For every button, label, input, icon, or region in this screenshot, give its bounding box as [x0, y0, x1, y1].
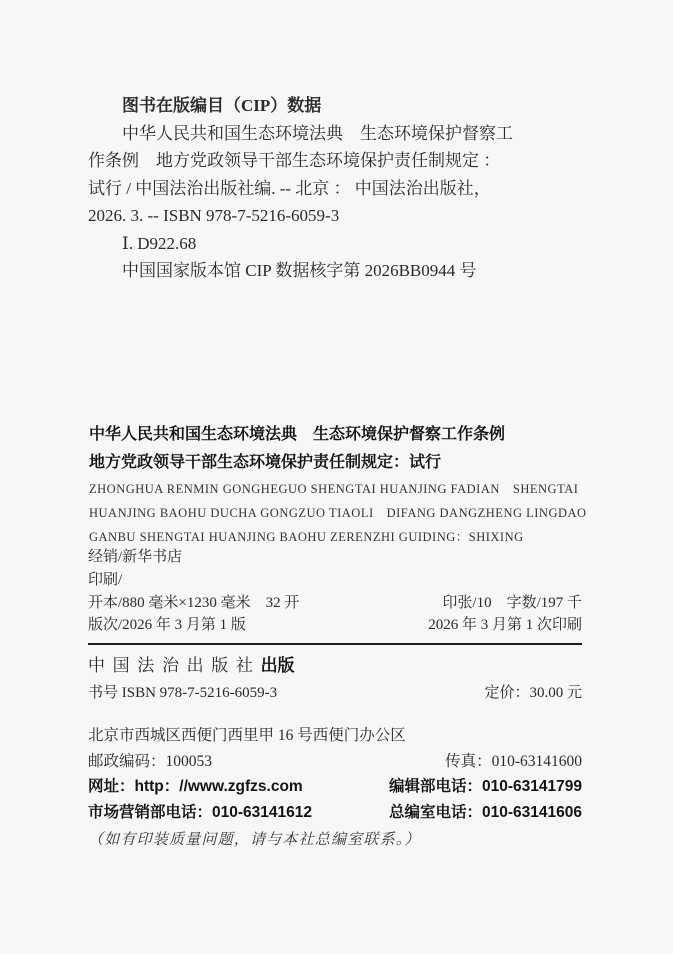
address-row: 北京市西城区西便门西里甲 16 号西便门办公区: [88, 723, 582, 749]
cip-block: 图书在版编目（CIP）数据 中华人民共和国生态环境法典 生态环境保护督察工 作条…: [88, 92, 594, 285]
isbn-price-row: 书号 ISBN 978-7-5216-6059-3 定价：30.00 元: [88, 683, 582, 703]
cip-heading: 图书在版编目（CIP）数据: [88, 92, 594, 120]
cip-class-number: Ⅰ. D922.68: [88, 230, 594, 258]
contact-block: 北京市西城区西便门西里甲 16 号西便门办公区 邮政编码：100053 传真：0…: [88, 723, 582, 825]
distribution-info: 经销/新华书店: [88, 546, 182, 569]
publisher-suffix: 出版: [261, 656, 295, 675]
quality-note: （如有印装质量问题，请与本社总编室联系。）: [88, 828, 421, 849]
pinyin-block: ZHONGHUA RENMIN GONGHEGUO SHENGTAI HUANJ…: [89, 477, 589, 549]
chief-office-phone: 总编室电话：010-63141606: [389, 800, 582, 826]
printer-row: 印刷/: [88, 569, 582, 592]
cip-line-2: 作条例 地方党政领导干部生态环境保护责任制规定 ：: [88, 147, 594, 175]
publisher-name: 中国法治出版社: [88, 656, 261, 675]
publisher-address: 北京市西城区西便门西里甲 16 号西便门办公区: [88, 723, 406, 749]
cip-line-4: 2026. 3. -- ISBN 978-7-5216-6059-3: [88, 202, 594, 230]
cip-line-3: 试行 / 中国法治出版社编. -- 北京 ： 中国法治出版社，: [88, 175, 594, 203]
sheets-words-info: 印张/10 字数/197 千: [442, 592, 582, 615]
isbn-number: 书号 ISBN 978-7-5216-6059-3: [88, 683, 277, 703]
divider-rule: [88, 643, 582, 645]
website-url: 网址：http：//www.zgfzs.com: [88, 774, 303, 800]
copyright-page: 图书在版编目（CIP）数据 中华人民共和国生态环境法典 生态环境保护督察工 作条…: [0, 0, 673, 954]
book-title-line-2: 地方党政领导干部生态环境保护责任制规定：试行: [89, 449, 589, 477]
pinyin-line-2: HUANJING BAOHU DUCHA GONGZUO TIAOLI DIFA…: [89, 501, 589, 525]
edition-row: 版次/2026 年 3 月第 1 版 2026 年 3 月第 1 次印刷: [88, 614, 582, 637]
pinyin-line-1: ZHONGHUA RENMIN GONGHEGUO SHENGTAI HUANJ…: [89, 477, 589, 501]
edition-info: 版次/2026 年 3 月第 1 版: [88, 614, 246, 637]
distribution-row: 经销/新华书店: [88, 546, 582, 569]
format-row: 开本/880 毫米×1230 毫米 32 开 印张/10 字数/197 千: [88, 592, 582, 615]
publisher-line: 中国法治出版社出版: [88, 656, 295, 676]
impression-info: 2026 年 3 月第 1 次印刷: [428, 614, 582, 637]
cip-record-number: 中国国家版本馆 CIP 数据核字第 2026BB0944 号: [88, 257, 594, 285]
format-info: 开本/880 毫米×1230 毫米 32 开: [88, 592, 299, 615]
website-editorial-row: 网址：http：//www.zgfzs.com 编辑部电话：010-631417…: [88, 774, 582, 800]
marketing-chief-row: 市场营销部电话：010-63141612 总编室电话：010-63141606: [88, 800, 582, 826]
book-title-line-1: 中华人民共和国生态环境法典 生态环境保护督察工作条例: [89, 421, 589, 449]
postcode-fax-row: 邮政编码：100053 传真：010-63141600: [88, 749, 582, 775]
editorial-phone: 编辑部电话：010-63141799: [389, 774, 582, 800]
fax-number: 传真：010-63141600: [445, 749, 582, 775]
printing-info-block: 经销/新华书店 印刷/ 开本/880 毫米×1230 毫米 32 开 印张/10…: [88, 546, 582, 637]
price: 定价：30.00 元: [484, 683, 582, 703]
cip-line-1: 中华人民共和国生态环境法典 生态环境保护督察工: [88, 120, 594, 148]
marketing-phone: 市场营销部电话：010-63141612: [88, 800, 312, 826]
postcode: 邮政编码：100053: [88, 749, 212, 775]
book-title-block: 中华人民共和国生态环境法典 生态环境保护督察工作条例 地方党政领导干部生态环境保…: [89, 421, 589, 477]
printer-info: 印刷/: [88, 569, 122, 592]
